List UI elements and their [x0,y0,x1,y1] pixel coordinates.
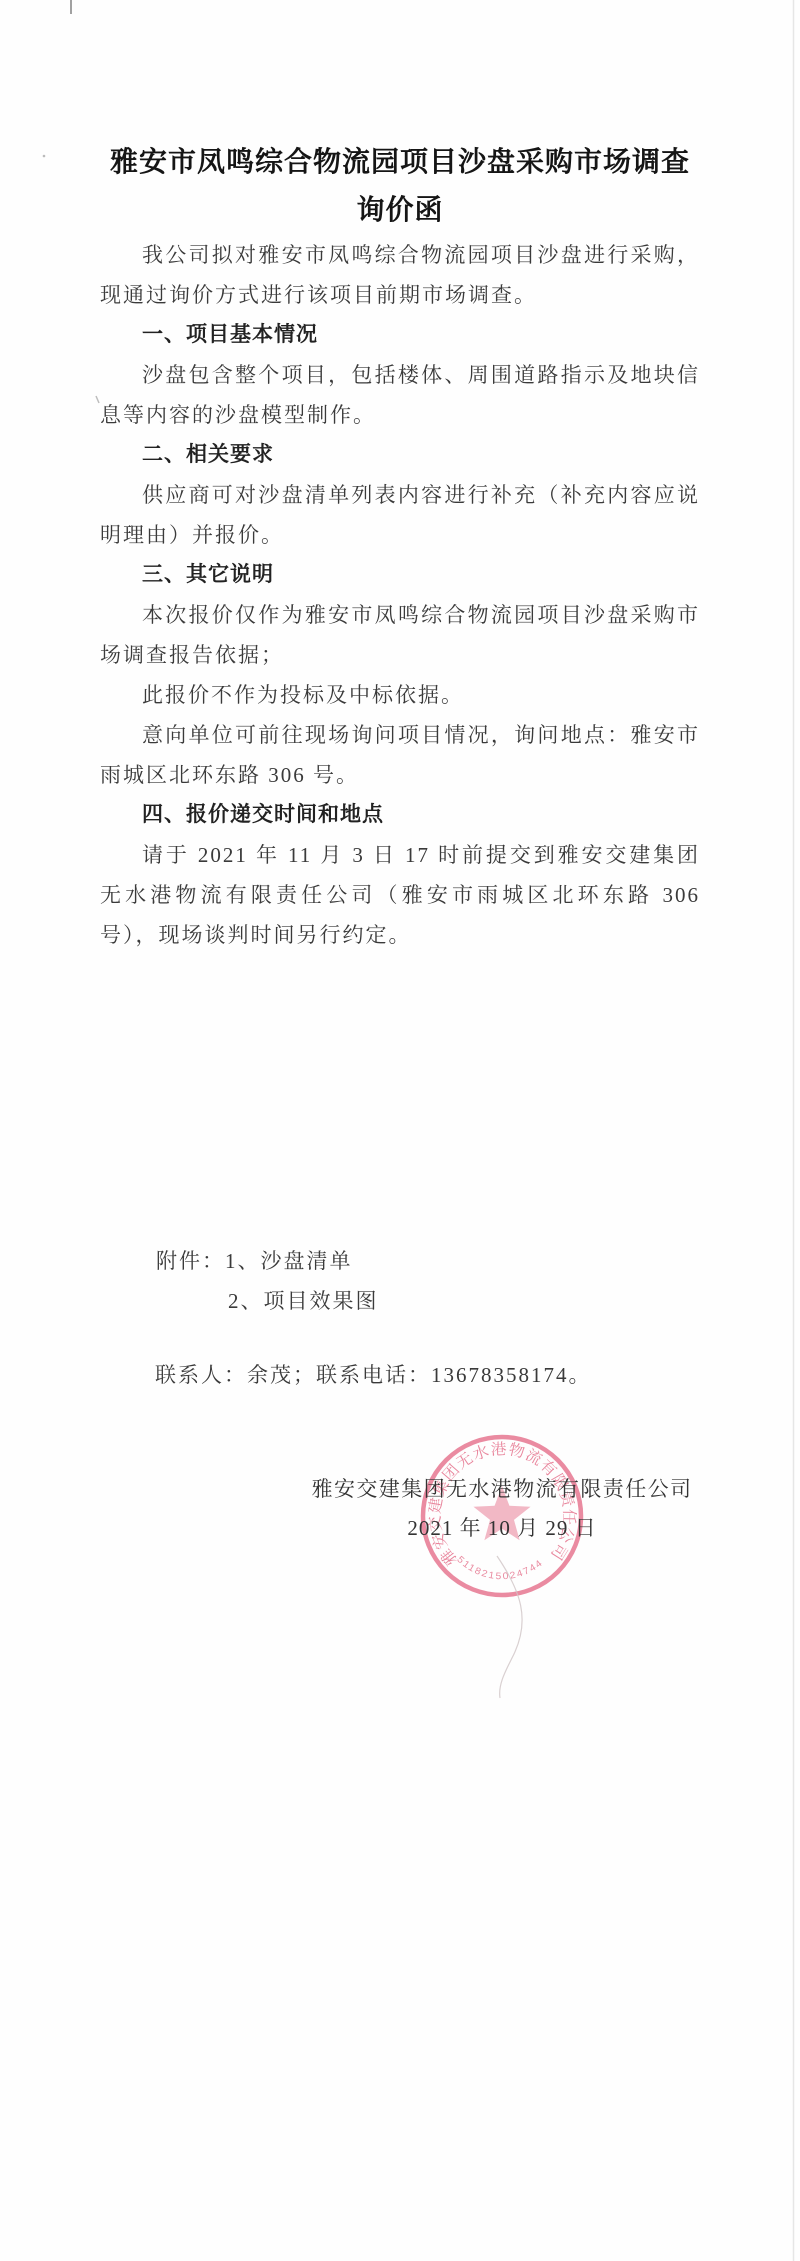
signature-block: 雅安交建集团无水港物流有限责任公司 2021 年 10 月 29 日 [303,1470,701,1548]
section-3-paragraph-1: 本次报价仅作为雅安市凤鸣综合物流园项目沙盘采购市场调查报告依据； [100,595,700,675]
attachments-label: 附件： [156,1249,225,1273]
document-title-line2: 询价函 [356,195,443,226]
scan-tick-mark [96,396,99,403]
section-4-heading: 四、报价递交时间和地点 [100,795,700,835]
section-3-heading: 三、其它说明 [100,555,700,595]
signature-date: 2021 年 10 月 29 日 [303,1508,701,1548]
section-2-heading: 二、相关要求 [100,435,700,475]
attachment-2-text: 2、项目效果图 [228,1289,379,1313]
section-1-heading: 一、项目基本情况 [100,315,700,355]
section-2-paragraph: 供应商可对沙盘清单列表内容进行补充（补充内容应说明理由）并报价。 [100,475,700,555]
document-title-line1: 雅安市凤鸣综合物流园项目沙盘采购市场调查 [110,147,690,178]
attachment-item-1: 附件：1、沙盘清单 [100,1241,700,1281]
svg-text:5118215024744: 5118215024744 [455,1554,546,1582]
contact-line: 联系人：余茂；联系电话：13678358174。 [100,1355,700,1395]
scanned-document-page: 雅安市凤鸣综合物流园项目沙盘采购市场调查 询价函 我公司拟对雅安市凤鸣综合物流园… [0,0,800,2261]
signature-company-name: 雅安交建集团无水港物流有限责任公司 [303,1470,701,1508]
attachments-block: 附件：1、沙盘清单 2、项目效果图 [100,1241,700,1321]
document-title: 雅安市凤鸣综合物流园项目沙盘采购市场调查 询价函 [100,139,700,235]
section-1-paragraph: 沙盘包含整个项目，包括楼体、周围道路指示及地块信息等内容的沙盘模型制作。 [100,355,700,435]
section-4-paragraph: 请于 2021 年 11 月 3 日 17 时前提交到雅安交建集团无水港物流有限… [100,835,700,955]
document-body: 雅安市凤鸣综合物流园项目沙盘采购市场调查 询价函 我公司拟对雅安市凤鸣综合物流园… [100,0,700,1395]
section-3-paragraph-3: 意向单位可前往现场询问项目情况，询问地点：雅安市雨城区北环东路 306 号。 [100,715,700,795]
seal-serial-number: 5118215024744 [455,1554,546,1582]
attachment-item-2: 2、项目效果图 [100,1281,700,1321]
attachment-1-text: 1、沙盘清单 [225,1249,353,1273]
section-3-paragraph-2: 此报价不作为投标及中标依据。 [100,675,700,715]
scan-speck [43,155,46,158]
intro-paragraph: 我公司拟对雅安市凤鸣综合物流园项目沙盘进行采购，现通过询价方式进行该项目前期市场… [100,235,700,315]
